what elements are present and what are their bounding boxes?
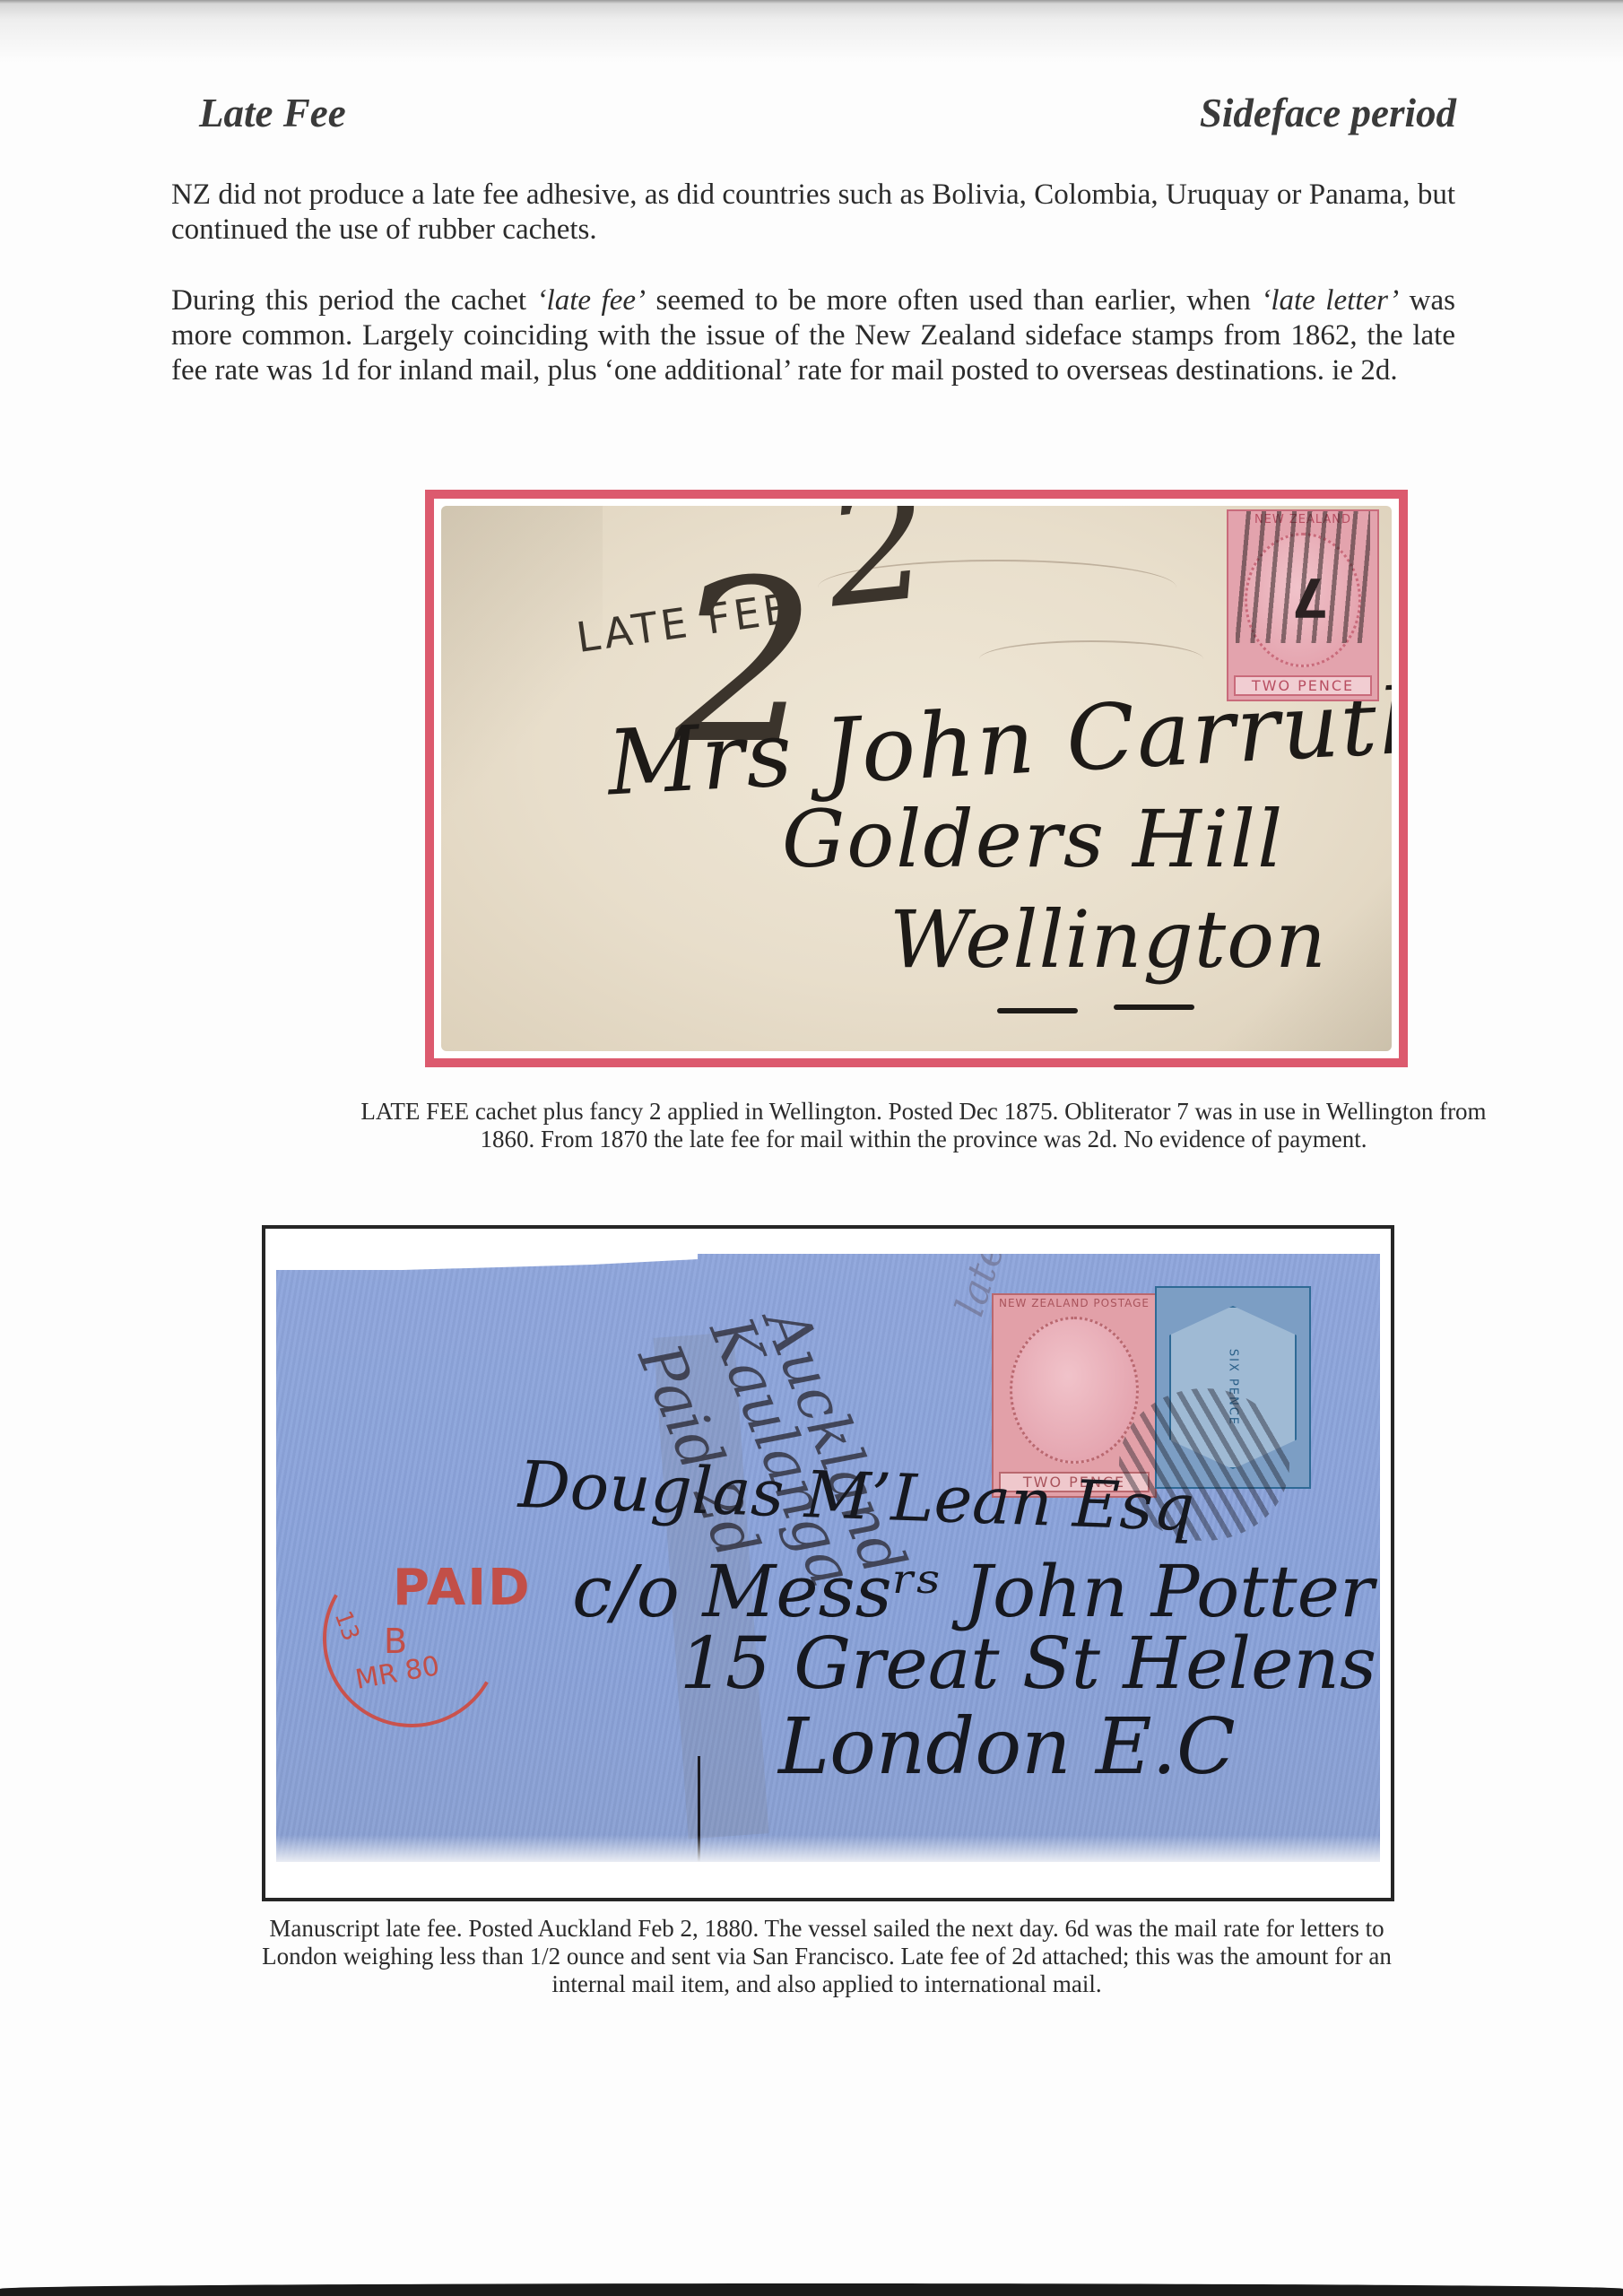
period-text-2: seemed to be more often used than earlie… bbox=[646, 284, 1261, 317]
scan-shadow-top bbox=[0, 0, 1623, 63]
address-line-3: 15 Great St Helens bbox=[680, 1622, 1376, 1705]
period-title: Sideface period bbox=[1200, 90, 1456, 136]
two-pence-stamp: NEW ZEALAND 7 TWO PENCE bbox=[1227, 509, 1379, 701]
secondary-2-mark: 2 bbox=[819, 506, 938, 631]
address-line-2: Golders Hill bbox=[782, 793, 1284, 885]
intro-paragraph: NZ did not produce a late fee adhesive, … bbox=[171, 178, 1455, 248]
section-title: Late Fee bbox=[199, 90, 346, 136]
postmark-paid-text: PAID bbox=[393, 1559, 532, 1617]
envelope-flap-shading bbox=[441, 506, 603, 1051]
underline-stroke bbox=[1114, 1004, 1194, 1010]
underline-stroke bbox=[997, 1008, 1078, 1013]
period-paragraph: During this period the cachet ‘late fee’… bbox=[171, 283, 1455, 388]
stamp-value-text: TWO PENCE bbox=[1234, 675, 1372, 696]
obliterator-number: 7 bbox=[1291, 565, 1329, 628]
cover-2-envelope: PAID B 13 MR 80 Auckland Kaulanga Paid 2… bbox=[276, 1254, 1380, 1862]
cover-1-caption: LATE FEE cachet plus fancy 2 applied in … bbox=[359, 1098, 1488, 1153]
cover-1-frame: LATE FEE 2 2 Mrs John Carruthers Golders… bbox=[425, 490, 1408, 1067]
stamp-country-text: NEW ZEALAND POSTAGE bbox=[994, 1297, 1155, 1309]
address-line-4: London E.C bbox=[778, 1702, 1236, 1792]
envelope-bottom-edge bbox=[276, 1835, 1380, 1862]
queen-portrait-icon bbox=[1010, 1317, 1139, 1464]
late-letter-quote: ‘late letter’ bbox=[1261, 284, 1399, 317]
cover-2-caption: Manuscript late fee. Posted Auckland Feb… bbox=[253, 1915, 1401, 1998]
cover-1-envelope: LATE FEE 2 2 Mrs John Carruthers Golders… bbox=[441, 506, 1392, 1051]
late-fee-quote: ‘late fee’ bbox=[537, 284, 646, 317]
cover-2-frame: PAID B 13 MR 80 Auckland Kaulanga Paid 2… bbox=[262, 1225, 1394, 1901]
period-text-1: During this period the cachet bbox=[171, 284, 537, 317]
paper-crease bbox=[979, 640, 1203, 678]
scan-edge-bottom bbox=[0, 2283, 1623, 2296]
address-line-3: Wellington bbox=[890, 893, 1327, 986]
